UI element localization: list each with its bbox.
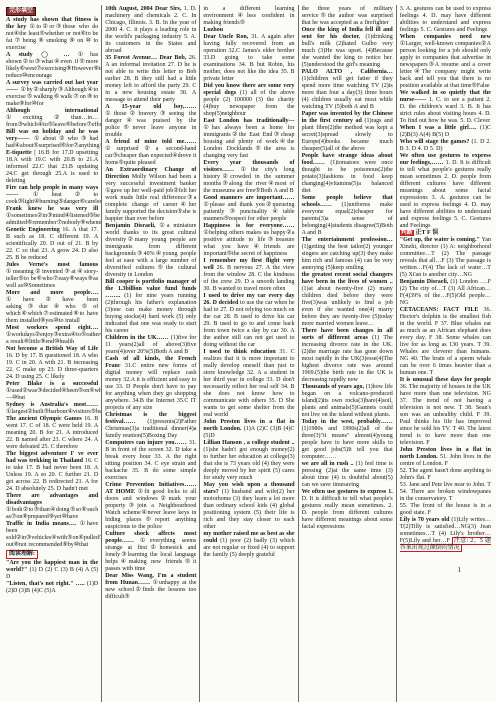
answer-block: Children in the UK…… (1)five for 11 year… xyxy=(105,335,196,356)
answer-block: 35 Forest Avenue… Dear Bob, 26. A an inf… xyxy=(105,55,196,104)
answer-block: When companies need new ①Larger, well-kn… xyxy=(400,34,491,90)
answer-block: Benjamin Disraeli, (1) London ….F (2) Th… xyxy=(400,279,491,307)
answer-block: When I was a little girl…. (1)C (2)B(3) … xyxy=(400,125,491,139)
answer-block: Every year thousands of visitors…… ①the … xyxy=(203,160,294,195)
answers-text: ①fit good locks to all doors and windows… xyxy=(105,489,196,530)
answer-block: We often use gestures to express our fee… xyxy=(400,153,491,230)
answers-text: 16. D by 17. B questioned 18. A who 19. … xyxy=(6,353,98,380)
answer-block: There have been changes in all sorts of … xyxy=(302,328,393,384)
answers-text: 31. C realizes that it is more important… xyxy=(203,349,294,418)
answers-text: (1) poor (2) badly (3) which are not reg… xyxy=(203,538,294,558)
passage-title: 35 Forest Avenue… Dear Bob, xyxy=(105,55,186,61)
answer-block: Jules Verne's most famous ①meaning②inven… xyxy=(6,262,98,290)
passage-title: Traffic in India means…. xyxy=(6,521,76,527)
tf-badge: 判断 xyxy=(400,230,414,236)
answers-text: (1)children will get fatter if they spen… xyxy=(302,76,393,110)
passage-title: CETACEANS: FACT FILE xyxy=(400,307,479,313)
passage-title: Children in the UK…… xyxy=(105,335,168,341)
passage-title: Genetic Engineering xyxy=(6,227,60,233)
answer-block: Fire can help people in many ways—— ①hea… xyxy=(6,185,98,206)
answer-block: People have strange ideas about food…… (… xyxy=(302,153,393,195)
cheat-sheet-page: 完形填空A study has shown that fitness is th… xyxy=(0,0,496,702)
answer-block: Peter Blake is a successful ①used②was③de… xyxy=(6,381,98,402)
answers-text: (1) The increasing divorce rate in the U… xyxy=(302,335,393,383)
answers-text: Yan Xinzhi, director (1) A: neighborhood… xyxy=(400,237,491,278)
tf-label: 正T F 误 xyxy=(415,230,438,236)
answers-text: 3. A. gestures can be used to express fe… xyxy=(400,6,491,33)
answer-block: E-tiquette | 16.B for 17.D upsetting 18.… xyxy=(6,150,98,185)
answer-block: A friend of mine told me…… ①surprised②a … xyxy=(105,139,196,167)
passage-title: When companies need new xyxy=(400,34,491,40)
passage-title: It is unusual these days for people xyxy=(400,377,491,383)
answers-text: ①sometimes②in③mind④listened⑤be admitted⑥… xyxy=(6,213,101,226)
passage-title: Happiness is for everyone…… xyxy=(203,223,294,229)
answers-text: 52. The agent hasn't done anything to Jo… xyxy=(400,468,491,481)
answers-text: (1) for nine years running (2)through hi… xyxy=(105,293,196,334)
answers-text: ①has always been a home for immigrants②t… xyxy=(203,125,294,159)
answers-text: Molly Wilson had been a very successful … xyxy=(105,174,196,222)
answer-block: Dear Miss Wang, I'm a student from Hunan… xyxy=(105,573,196,601)
answers-text: ①surprised②a second-hand car③cheaper tha… xyxy=(105,146,196,166)
section-badge-reading: 阅读理解: xyxy=(6,549,98,560)
answer-block: It is unusual these days for people 36. … xyxy=(400,377,491,447)
answers-text: ①please and thank you②queueing patiently… xyxy=(203,202,294,222)
answer-block: A survey was carried out last year—— ①by… xyxy=(6,80,98,108)
answer-block: we are all in rush .. (1) feel time is p… xyxy=(302,461,393,489)
answer-block: Computers can injure you…… 31. B in fron… xyxy=(105,440,196,482)
answers-text: 31. B in front of the screen 32. D take … xyxy=(105,440,196,481)
answer-block: "Get up, the water is coming." Yan Xinzh… xyxy=(400,237,491,279)
passage-title: Computers can injure you…… xyxy=(105,440,186,446)
column-5: 3. A. gestures can be used to express fe… xyxy=(396,5,494,702)
passage-title: Thousands of years ago, xyxy=(302,384,364,390)
answer-block: Lillian Hanson , a college student .. (1… xyxy=(203,440,294,482)
answers-text: D. It is difficult to tell what people's… xyxy=(302,496,393,530)
answers-text: 26. A an informal invitation 27. D he is… xyxy=(105,55,196,103)
answer-block: 52. The agent hasn't done anything to Jo… xyxy=(400,468,491,482)
passage-title: A friend of mine told me…… xyxy=(105,139,196,145)
section-badge-reading: 阅读理解: xyxy=(6,550,38,559)
passage-title: 10th August, 2004 Dear Sirs, xyxy=(105,6,181,12)
section-badge-cloze: 完形填空 xyxy=(6,6,98,17)
answer-block: Good manners are important…… ①please and… xyxy=(203,195,294,223)
answer-block: More and more people…. ①have②have been a… xyxy=(6,290,98,325)
answers-text: ①largest②built③harbour④visitors⑤beaches⑥… xyxy=(6,409,101,415)
passage-title: The ancient Olympic Games xyxy=(6,416,82,422)
continued-block: the three years of military service⑤the … xyxy=(302,6,393,27)
passage-title: Benjamin Disraeli, xyxy=(105,223,155,229)
answer-block: PALO ALTO , California… (1)children will… xyxy=(302,69,393,111)
column-1: 完形填空A study has shown that fitness is th… xyxy=(3,5,101,702)
answer-block: my mother raised me as best as she could… xyxy=(203,531,294,559)
answer-block: John Preston lives in a flat in north Lo… xyxy=(400,447,491,468)
answer-block: Not become a British Way of Life 16. D b… xyxy=(6,346,98,381)
answer-block: East London has traditionally--- ①has al… xyxy=(203,118,294,160)
answers-text: ①exciting②than…in…from③which④to⑤leave⑥be… xyxy=(6,115,101,128)
answers-text: ①both②to③than④doing⑤so⑥such as⑦on⑧prepar… xyxy=(6,507,98,520)
passage-title: Lily is 70 years old xyxy=(400,517,450,523)
answer-block: Crime Prevention Initiatives……AT HOME ①f… xyxy=(105,482,196,531)
answer-block: Paper was invented by the Chinese in the… xyxy=(302,111,393,153)
answer-block: Today in the west, probably…… (1)1980s a… xyxy=(302,419,393,461)
answers-text: 54. There are broken windowpanes in the … xyxy=(400,489,491,502)
passage-title: Sydney is Australia's most…… xyxy=(6,402,98,408)
answer-block: CETACEANS: FACT FILE 36. Hector's dolphi… xyxy=(400,307,491,377)
answers-text: ①used②was③decided④been⑤on⑥which⑦even⑧on⑨… xyxy=(6,388,101,401)
answer-block: The biggest adventure I' ve ever had was… xyxy=(6,451,98,493)
answers-text: ①have②have been asking③due④who⑤of which⑥… xyxy=(6,297,98,324)
answers-text: ①workdays②enjoy③extra④to⑤rather⑥under⑦As… xyxy=(6,332,101,345)
answer-block: An Extraordinary Change of Direction Mol… xyxy=(105,167,196,223)
answers-text: 55. The front of the house is in a good … xyxy=(400,503,491,516)
answers-text: ①meaning②invented③at④story-teller⑤to be⑥… xyxy=(6,269,98,289)
passage-title: Today in the west, probably…… xyxy=(302,419,393,425)
section-badge-cloze: 完形填空 xyxy=(6,7,36,16)
answer-block: "Are you the happiest man in the world?"… xyxy=(6,560,98,581)
answers-text: ①by②sharply③Although④to exercise⑤walking… xyxy=(6,87,98,107)
answers-text: 31. A again after having fully recovered… xyxy=(203,34,294,82)
answer-block: May you wish upon a thousand stars? (1) … xyxy=(203,482,294,531)
answer-block: The entertainment profession… (1)getting… xyxy=(302,237,393,272)
column-3: in a different learning environment④less… xyxy=(199,5,297,702)
column-4: the three years of military service⑤the … xyxy=(298,5,396,702)
answer-block: Sydney is Australia's most…… ①largest②bu… xyxy=(6,402,98,416)
passage-title: A study ◯ … xyxy=(6,52,69,58)
answer-block: A study ◯ … ①has shown②to③what④even if⑤m… xyxy=(6,52,98,80)
answer-block: "Listen, that's not right." ….. (1)D (2)… xyxy=(6,581,98,595)
answers-text: to use the car when he had to 27. D not … xyxy=(203,300,294,348)
answers-text: 1. D. machinery and chemicals 2. C. In C… xyxy=(105,6,196,54)
answer-block: 55. The front of the house is in a good … xyxy=(400,503,491,517)
answers-text: (1)1980s and 1990s(2)all of the three(3)… xyxy=(302,426,393,460)
answer-block: Once the king of India fell ill and sent… xyxy=(302,27,393,69)
passage-title: Benjamin Disraeli, xyxy=(400,279,449,285)
continued-block: 3. A. gestures can be used to express fe… xyxy=(400,6,491,34)
answer-block: Lily is 70 years old (1)Lily writes…T(2)… xyxy=(400,517,491,552)
passage-title: we are all in rush .. xyxy=(302,461,354,467)
tf-section-header: 判断 正T F 误 xyxy=(400,230,491,237)
answer-block: the greatest recent social changers have… xyxy=(302,272,393,328)
passage-title: E-tiquette | xyxy=(6,150,36,156)
answers-text: 26. B nervous 27. A the view from the wi… xyxy=(203,265,294,292)
answers-text: ①a miniature world thanks to its great c… xyxy=(105,223,196,278)
answer-block: 54. There are broken windowpanes in the … xyxy=(400,489,491,503)
answer-block: Luzhou xyxy=(203,27,294,34)
answer-block: Culture shock affects most people…… ①eve… xyxy=(105,531,196,573)
answer-block: Some people believe that schools…… (1)un… xyxy=(302,195,393,237)
answer-block: Benjamin Disraeli, ①a miniature world th… xyxy=(105,223,196,279)
answer-block: We often use gestures to express 1. D. I… xyxy=(302,489,393,531)
passage-title: "Get up, the water is coming." xyxy=(400,237,480,243)
answers-text: (1)she hadn't got enough money(2) to fur… xyxy=(203,447,294,481)
passage-title: Dear Uncle Ron, xyxy=(203,34,248,40)
answer-block: Dear Uncle Ron, 31. A again after having… xyxy=(203,34,294,83)
answer-block: Frank knew he was very ill ①sometimes②in… xyxy=(6,206,98,227)
answer-block: Happiness is for everyone…… ①helping oth… xyxy=(203,223,294,258)
answers-text: 36. Hector's dolphin is the smallest fis… xyxy=(400,307,491,376)
passage-title: There are advantages and disadvantages xyxy=(6,493,98,506)
passage-title: We often use gestures to express 1. xyxy=(302,489,393,495)
passage-title: "Listen, that's not right." ….. xyxy=(6,581,85,587)
answer-block: Cash of all kinds, the French Franc 31.C… xyxy=(105,356,196,412)
passage-title: East London has traditionally--- xyxy=(203,118,294,124)
passage-title: PALO ALTO , California… xyxy=(302,69,393,75)
answer-block: I used to drive my car every day 26. D d… xyxy=(203,293,294,349)
answer-block: Although international ①exciting②than…in… xyxy=(6,108,98,129)
passage-title: I used to think education xyxy=(203,349,275,355)
passage-title: Frank knew he was very ill xyxy=(6,206,98,212)
answer-block: 53. Jane and Pete live near to John. T xyxy=(400,482,491,489)
answer-block: Who will stage the games? (1. D 2. B 3. … xyxy=(400,139,491,153)
answer-block: Most workers spend eight…. ①workdays②enj… xyxy=(6,325,98,346)
answers-text: in a different learning environment④less… xyxy=(203,6,294,26)
answers-text: (1)at about twenty-five (2) many childre… xyxy=(302,286,393,327)
column-2: 10th August, 2004 Dear Sirs, 1. D. machi… xyxy=(101,5,199,702)
passage-title: When I was a little girl…. xyxy=(400,125,477,131)
answer-block: Thousands of years ago, (1)how life bega… xyxy=(302,384,393,419)
passage-title: Peter Blake is a successful xyxy=(6,381,98,387)
answer-block: We walked in so quietly that the nurse——… xyxy=(400,90,491,125)
continued-block: in a different learning environment④less… xyxy=(203,6,294,27)
passage-title: Lillian Hanson , a college student .. xyxy=(203,440,294,446)
answer-block: There are advantages and disadvantages ①… xyxy=(6,493,98,521)
passage-title: the greatest recent social changers have… xyxy=(302,272,393,285)
answers-text: ①Larger, well-known companies②A person l… xyxy=(400,41,491,89)
passage-title: Who will stage the games? xyxy=(400,139,470,145)
passage-title: Jules Verne's most famous xyxy=(6,262,98,268)
answer-block: 10th August, 2004 Dear Sirs, 1. D. machi… xyxy=(105,6,196,55)
answer-block: Traffic in India means…. ①have been sold… xyxy=(6,521,98,549)
passage-title: Not become a British Way of Life xyxy=(6,346,98,352)
answer-block: I remember my first flight very well 26.… xyxy=(203,258,294,293)
answer-block: Bill cooper is portfolio manager of the … xyxy=(105,279,196,335)
answer-block: I used to think education 31. C realizes… xyxy=(203,349,294,419)
answer-block: Bill was on holiday and he was very—— ①a… xyxy=(6,129,98,150)
answer-block: John Preston lives in a flat in north Lo… xyxy=(203,419,294,440)
answers-text: 1. D. It is difficult to tell what peopl… xyxy=(400,160,491,229)
page-number: 1 xyxy=(400,566,491,574)
answers-text: 31.C entire new forms of digital money w… xyxy=(105,363,196,411)
answer-block: A study has shown that fitness is the ke… xyxy=(6,17,98,52)
answer-block: The ancient Olympic Games 16. B went 17.… xyxy=(6,416,98,451)
answers-text: 53. Jane and Pete live near to John. T xyxy=(400,482,491,488)
answers-text: ①helping others makes us happy②a positiv… xyxy=(203,230,294,257)
passage-title: A 15-year old boy,…… xyxy=(105,104,196,110)
answer-block: Christmas is the biggest festival…… (1)p… xyxy=(105,412,196,440)
answers-text: the three years of military service⑤the … xyxy=(302,6,393,26)
passage-title: Although international xyxy=(6,108,98,114)
answers-text: (1) husband and wife(2) her motorhome (3… xyxy=(203,489,294,530)
answers-text: ①those②bravery③seeing the danger④was pra… xyxy=(105,111,196,138)
answers-text: (1)getting the best tailor(2) younger si… xyxy=(302,244,393,271)
answer-block: Genetic Engineering 16. A that 17. B suc… xyxy=(6,227,98,262)
answers-text: ①heat②to cook③light④burning⑤danger⑥carel… xyxy=(6,192,101,205)
passage-title: The entertainment profession… xyxy=(302,237,393,243)
answer-block: Did you know there are some very special… xyxy=(203,83,294,118)
answer-block: A 15-year old boy,…… ①those②bravery③seei… xyxy=(105,104,196,139)
passage-title: Good manners are important…… xyxy=(203,195,294,201)
passage-title: Most workers spend eight…. xyxy=(6,325,98,331)
passage-title: Luzhou xyxy=(203,27,223,33)
answers-text: 36. The majority of houses in the UK hav… xyxy=(400,384,491,446)
passage-title: More and more people…. xyxy=(6,290,98,296)
